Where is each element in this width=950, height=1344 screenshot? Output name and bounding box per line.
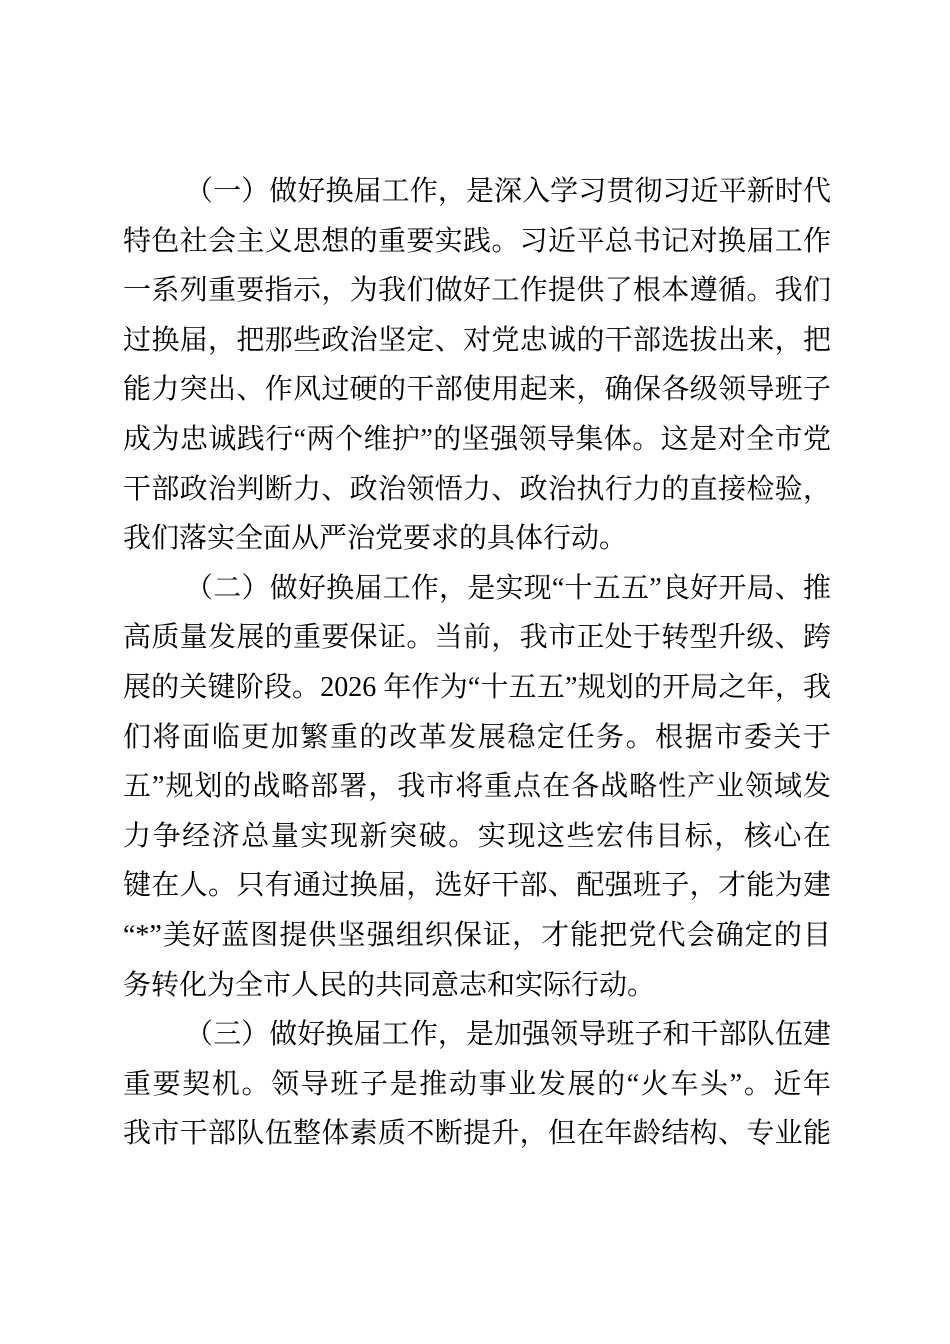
text-line: 我市干部队伍整体素质不断提升，但在年龄结构、专业能力等 — [123, 1109, 831, 1159]
document-page: （一）做好换届工作，是深入学习贯彻习近平新时代中国 特色社会主义思想的重要实践。… — [0, 0, 950, 1344]
text-line: 展的关键阶段。2026 年作为“十五五”规划的开局之年，我 — [123, 663, 831, 713]
text-line: （二）做好换届工作，是实现“十五五”良好开局、推动* — [123, 564, 831, 614]
text-line: 我们落实全面从严治党要求的具体行动。 — [123, 514, 831, 564]
text-line: （三）做好换届工作，是加强领导班子和干部队伍建设的 — [123, 1010, 831, 1060]
text-line: 力争经济总量实现新突破。实现这些宏伟目标，核心在党，关 — [123, 812, 831, 862]
paragraph-section-1: （一）做好换届工作，是深入学习贯彻习近平新时代中国 特色社会主义思想的重要实践。… — [123, 167, 831, 564]
text-line: （一）做好换届工作，是深入学习贯彻习近平新时代中国 — [123, 167, 831, 217]
text-line: 特色社会主义思想的重要实践。习近平总书记对换届工作作出 — [123, 217, 831, 267]
text-line: 们将面临更加繁重的改革发展稳定任务。根据市委关于“十五 — [123, 713, 831, 763]
text-line: 干部政治判断力、政治领悟力、政治执行力的直接检验，也是 — [123, 465, 831, 515]
text-line: 重要契机。领导班子是推动事业发展的“火车头”。近年来， — [123, 1060, 831, 1110]
text-line: 务转化为全市人民的共同意志和实际行动。 — [123, 961, 831, 1011]
paragraph-section-3: （三）做好换届工作，是加强领导班子和干部队伍建设的 重要契机。领导班子是推动事业… — [123, 1010, 831, 1159]
paragraph-section-2: （二）做好换届工作，是实现“十五五”良好开局、推动* 高质量发展的重要保证。当前… — [123, 564, 831, 1010]
text-line: 一系列重要指示，为我们做好工作提供了根本遵循。我们要通 — [123, 266, 831, 316]
text-line: 键在人。只有通过换届，选好干部、配强班子，才能为建设 — [123, 861, 831, 911]
document-text-block: （一）做好换届工作，是深入学习贯彻习近平新时代中国 特色社会主义思想的重要实践。… — [123, 167, 831, 1159]
text-line: 五”规划的战略部署，我市将重点在各战略性产业领域发力， — [123, 762, 831, 812]
text-line: 高质量发展的重要保证。当前，我市正处于转型升级、跨越发 — [123, 613, 831, 663]
text-line: “*”美好蓝图提供坚强组织保证，才能把党代会确定的目标任 — [123, 911, 831, 961]
text-line: 过换届，把那些政治坚定、对党忠诚的干部选拔出来，把那些 — [123, 316, 831, 366]
text-line: 能力突出、作风过硬的干部使用起来，确保各级领导班子始终 — [123, 365, 831, 415]
text-line: 成为忠诚践行“两个维护”的坚强领导集体。这是对全市党员 — [123, 415, 831, 465]
